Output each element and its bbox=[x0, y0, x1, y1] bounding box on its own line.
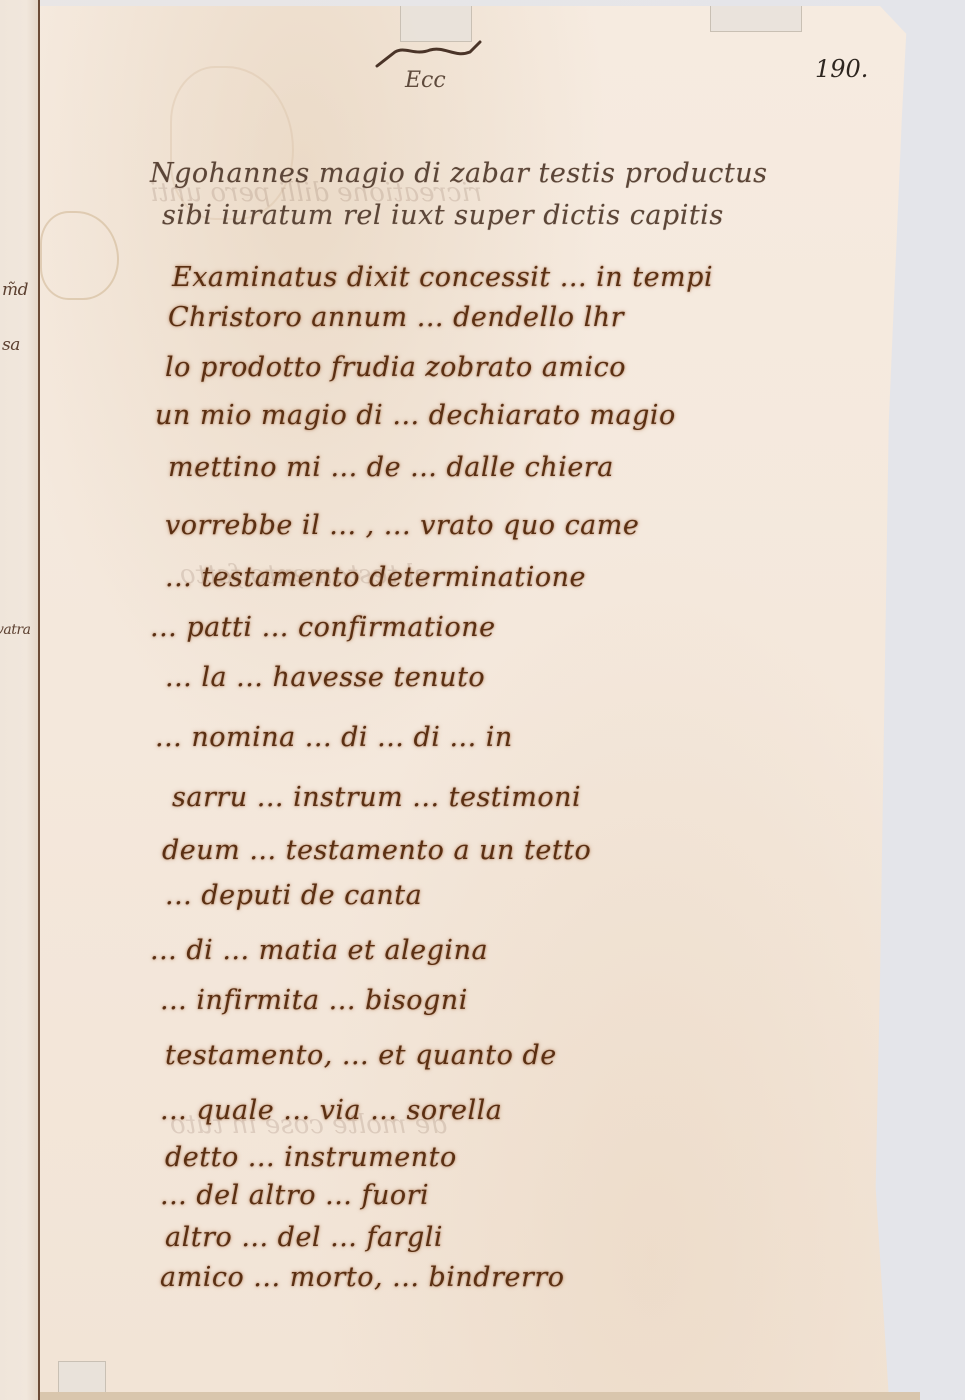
mounting-tab bbox=[400, 0, 472, 42]
pen-stroke-icon bbox=[375, 38, 485, 70]
margin-note: sa bbox=[2, 335, 20, 355]
text-line: Christoro annum ... dendello lhr bbox=[168, 302, 624, 333]
heading-mark: Ecc bbox=[405, 68, 446, 93]
text-line: testamento, ... et quanto de bbox=[165, 1040, 557, 1071]
text-line: ... patti ... confirmatione bbox=[150, 612, 496, 643]
text-line: ... la ... havesse tenuto bbox=[165, 662, 485, 693]
text-line: ... quale ... via ... sorella bbox=[160, 1095, 502, 1126]
water-stain bbox=[40, 211, 119, 300]
text-line: Ngohannes magio di zabar testis productu… bbox=[150, 158, 767, 189]
text-line: lo prodotto frudia zobrato amico bbox=[165, 352, 626, 383]
text-line: un mio magio di ... dechiarato magio bbox=[155, 400, 676, 431]
margin-note: vatra bbox=[0, 622, 30, 638]
text-line: vorrebbe il ... , ... vrato quo came bbox=[165, 510, 639, 541]
facing-page-edge: m̃d sa vatra bbox=[0, 0, 40, 1400]
folio-number: 190. bbox=[815, 55, 868, 83]
text-line: sibi iuratum rel iuxt super dictis capit… bbox=[162, 200, 724, 231]
text-line: Examinatus dixit concessit ... in tempi bbox=[172, 262, 713, 293]
text-line: ... del altro ... fuori bbox=[160, 1180, 429, 1211]
manuscript-viewer: m̃d sa vatra Ecc 190. ricreatione dilli … bbox=[0, 0, 965, 1400]
page-bottom-edge bbox=[40, 1392, 920, 1400]
text-line: ... nomina ... di ... di ... in bbox=[155, 722, 513, 753]
text-line: sarru ... instrum ... testimoni bbox=[172, 782, 581, 813]
text-line: ... testamento determinatione bbox=[165, 562, 586, 593]
text-line: ... di ... matia et alegina bbox=[150, 935, 488, 966]
text-line: ... infirmita ... bisogni bbox=[160, 985, 468, 1016]
margin-note: m̃d bbox=[2, 280, 28, 300]
text-line: amico ... morto, ... bindrerro bbox=[160, 1262, 565, 1293]
text-line: mettino mi ... de ... dalle chiera bbox=[168, 452, 614, 483]
text-line: altro ... del ... fargli bbox=[165, 1222, 443, 1253]
text-line: ... deputi de canta bbox=[165, 880, 422, 911]
text-line: detto ... instrumento bbox=[165, 1142, 457, 1173]
text-line: deum ... testamento a un tetto bbox=[162, 835, 591, 866]
